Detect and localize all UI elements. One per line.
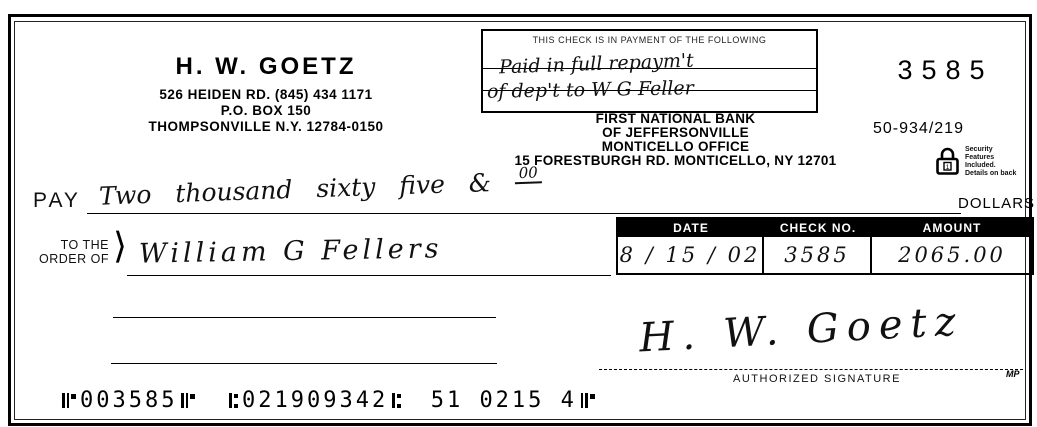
pay-label: PAY	[33, 189, 81, 213]
to-the-order-of-label: TO THE ORDER OF	[29, 238, 109, 266]
payee-name-handwriting: William G Fellers	[139, 233, 443, 269]
payee-bracket-icon: ⟩	[113, 226, 127, 267]
signature-handwriting: H. W. Goetz	[638, 299, 965, 362]
memo-box: THIS CHECK IS IN PAYMENT OF THE FOLLOWIN…	[481, 29, 818, 113]
memo-box-header: THIS CHECK IS IN PAYMENT OF THE FOLLOWIN…	[483, 35, 816, 45]
blank-rule-line-1	[113, 317, 496, 318]
memo-handwriting-line2: of dep't to W G Feller	[487, 77, 694, 103]
bank-address-line: 15 FORESTBURGH RD. MONTICELLO, NY 12701	[503, 154, 848, 168]
date-checkno-amount-table: DATE CHECK NO. AMOUNT 8 / 15 / 02 3585 2…	[616, 217, 1034, 275]
micr-account-group: 51 0215 4	[431, 388, 599, 413]
micr-check-number-group: 003585	[58, 388, 199, 413]
micr-line: 003585 021909342 51 0215 4	[58, 388, 599, 413]
micr-onus-symbol	[181, 393, 195, 409]
table-header-date: DATE	[618, 219, 764, 237]
bank-fraction-number: 50-934/219	[873, 120, 1023, 138]
drawer-address-line3: THOMPSONVILLE N.Y. 12784-0150	[81, 119, 451, 135]
authorized-signature-label: AUTHORIZED SIGNATURE	[733, 373, 901, 385]
micr-onus-symbol	[62, 393, 76, 409]
table-header-checkno: CHECK NO.	[764, 219, 872, 237]
amount-in-words-handwriting: Two thousand sixty five & 00	[99, 166, 543, 210]
drawer-address-line1: 526 HEIDEN RD. (845) 434 1171	[81, 87, 451, 103]
drawer-name: H. W. GOETZ	[81, 53, 451, 81]
micr-onus-symbol	[581, 393, 595, 409]
security-feature-text: Security Features Included. Details on b…	[965, 146, 1016, 178]
micr-routing-group: 021909342	[225, 388, 404, 413]
drawer-info-block: H. W. GOETZ 526 HEIDEN RD. (845) 434 117…	[81, 53, 451, 135]
dollars-label: DOLLARS	[958, 195, 1035, 212]
payee-underline	[127, 275, 611, 276]
padlock-digit: 1	[946, 164, 950, 171]
scanned-check-page: H. W. GOETZ 526 HEIDEN RD. (845) 434 117…	[0, 0, 1037, 427]
memo-handwriting-line1: Paid in full repaym't	[499, 50, 694, 79]
security-feature-block: 1 Security Features Included. Details on…	[935, 146, 1016, 178]
drawer-address-line2: P.O. BOX 150	[81, 103, 451, 119]
signature-line	[599, 369, 1023, 370]
bank-name-line1: FIRST NATIONAL BANK	[503, 112, 848, 126]
date-value-handwriting: 8 / 15 / 02	[618, 237, 764, 273]
checkno-value-handwriting: 3585	[764, 237, 872, 273]
padlock-icon: 1	[935, 146, 960, 176]
micr-transit-symbol	[392, 393, 401, 409]
mp-mark: MP	[1006, 369, 1020, 379]
check-document: H. W. GOETZ 526 HEIDEN RD. (845) 434 117…	[8, 14, 1032, 426]
table-header-amount: AMOUNT	[872, 219, 1032, 237]
amount-value-handwriting: 2065.00	[872, 237, 1032, 273]
check-number: 3585	[863, 55, 1028, 86]
blank-rule-line-2	[111, 363, 497, 364]
bank-name-line2: OF JEFFERSONVILLE	[503, 126, 848, 140]
bank-info-block: FIRST NATIONAL BANK OF JEFFERSONVILLE MO…	[503, 112, 848, 168]
pay-underline	[87, 213, 961, 214]
bank-office-line: MONTICELLO OFFICE	[503, 140, 848, 154]
micr-transit-symbol	[229, 393, 238, 409]
cents-fraction: 00	[514, 163, 542, 184]
